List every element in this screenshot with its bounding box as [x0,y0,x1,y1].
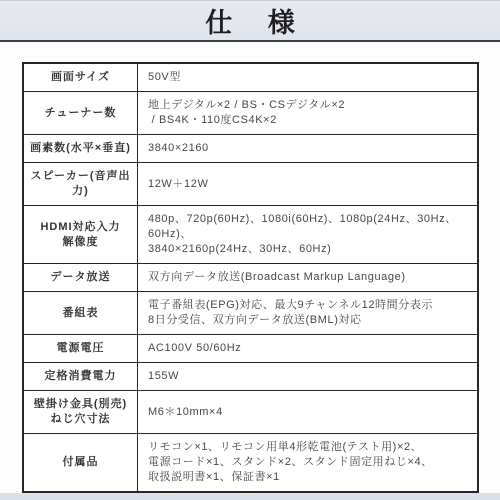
spec-row: 番組表電子番組表(EPG)対応、最大9チャンネル12時間分表示8日分受信、双方向… [23,292,478,335]
spec-row: チューナー数地上デジタル×2 / BS・CSデジタル×2 / BS4K・110度… [23,92,478,135]
spec-row: 画素数(水平×垂直)3840×2160 [23,135,478,163]
spec-table-body: 画面サイズ50V型チューナー数地上デジタル×2 / BS・CSデジタル×2 / … [23,63,478,492]
spec-row: 定格消費電力155W [23,363,478,391]
spec-row: 電源電圧AC100V 50/60Hz [23,335,478,363]
spec-label: 画素数(水平×垂直) [23,135,138,163]
spec-row: データ放送双方向データ放送(Broadcast Markup Language) [23,264,478,292]
spec-label: 電源電圧 [23,335,138,363]
content-area: 画面サイズ50V型チューナー数地上デジタル×2 / BS・CSデジタル×2 / … [0,42,500,493]
spec-value: 155W [138,363,479,391]
spec-row: 付属品リモコン×1、リモコン用単4形乾電池(テスト用)×2、電源コード×1、スタ… [23,434,478,493]
spec-value: 双方向データ放送(Broadcast Markup Language) [138,264,479,292]
spec-label: スピーカー(音声出力) [23,163,138,206]
spec-row: 壁掛け金具(別売)ねじ穴寸法M6＊10mm×4 [23,391,478,434]
spec-value: 3840×2160 [138,135,479,163]
spec-row: HDMI対応入力解像度480p、720p(60Hz)、1080i(60Hz)、1… [23,206,478,264]
spec-row: スピーカー(音声出力)12W＋12W [23,163,478,206]
spec-label: 画面サイズ [23,63,138,92]
spec-row: 画面サイズ50V型 [23,63,478,92]
spec-value: AC100V 50/60Hz [138,335,479,363]
spec-label: チューナー数 [23,92,138,135]
spec-value: 地上デジタル×2 / BS・CSデジタル×2 / BS4K・110度CS4K×2 [138,92,479,135]
page-title: 仕 様 [191,1,309,40]
spec-label: 定格消費電力 [23,363,138,391]
spec-label: データ放送 [23,264,138,292]
spec-value: 12W＋12W [138,163,479,206]
spec-value: M6＊10mm×4 [138,391,479,434]
spec-label: 番組表 [23,292,138,335]
spec-value: 50V型 [138,63,479,92]
spec-value: 480p、720p(60Hz)、1080i(60Hz)、1080p(24Hz、3… [138,206,479,264]
page-header: 仕 様 [0,1,500,42]
spec-value: 電子番組表(EPG)対応、最大9チャンネル12時間分表示8日分受信、双方向データ… [138,292,479,335]
footer-strip [0,493,500,500]
spec-label: HDMI対応入力解像度 [23,206,138,264]
spec-table: 画面サイズ50V型チューナー数地上デジタル×2 / BS・CSデジタル×2 / … [22,62,479,493]
spec-label: 壁掛け金具(別売)ねじ穴寸法 [23,391,138,434]
spec-value: リモコン×1、リモコン用単4形乾電池(テスト用)×2、電源コード×1、スタンド×… [138,434,479,493]
spec-page: 仕 様 画面サイズ50V型チューナー数地上デジタル×2 / BS・CSデジタル×… [0,0,500,500]
spec-label: 付属品 [23,434,138,493]
